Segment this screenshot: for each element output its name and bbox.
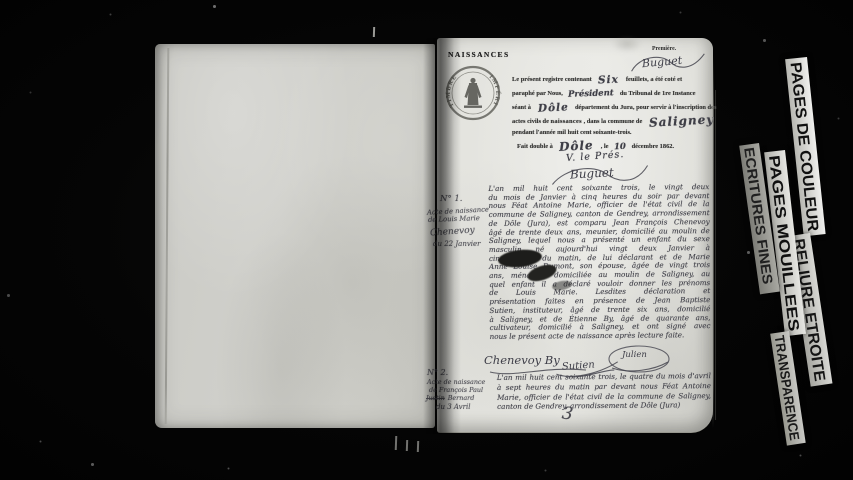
handwritten-fill-feuillets: Six: [598, 73, 619, 86]
svg-text:Buguet: Buguet: [640, 54, 683, 71]
microfilm-register-scan: NAISSANCES Première. TIMBRE IMPÉRIAL Bug…: [0, 0, 853, 480]
page-bottom-edge-mark: [395, 436, 397, 450]
handwritten-fill-judge: Président: [568, 88, 614, 100]
printed-text-naissances: naissances: [551, 118, 582, 125]
act2-margin-name: de François Paul: [429, 386, 483, 394]
strip-label: TRANSPARENCE: [772, 334, 803, 441]
printed-text: Le présent registre contenant: [512, 76, 592, 83]
svg-text:Buguet: Buguet: [569, 165, 615, 181]
svg-text:Julien: Julien: [620, 350, 647, 360]
corrected-name: Bernard: [448, 394, 475, 402]
ink-smudge: [612, 36, 642, 52]
page-bottom-edge-mark: [417, 441, 419, 452]
printed-text: feuillets, a été coté et: [626, 76, 682, 83]
timbre-imperial-stamp: TIMBRE IMPÉRIAL: [444, 64, 502, 122]
page-bottom-edge-mark: [406, 440, 408, 451]
act2-text: L'an mil huit cent soixante trois, le qu…: [497, 371, 711, 412]
page-stack-edge: [715, 90, 716, 420]
act1-margin-date: du 22 Janvier: [433, 240, 481, 248]
form-line-1: Le présent registre contenant Six feuill…: [512, 74, 682, 86]
handwritten-fill-commune: Saligney: [649, 112, 715, 129]
printed-text: décembre 1862.: [632, 143, 674, 150]
printed-text: actes civils de: [512, 118, 549, 125]
section-title: NAISSANCES: [448, 50, 510, 59]
form-line-2: paraphé par Nous, Président du Tribunal …: [512, 89, 695, 99]
act2-margin-type: Acte de naissance: [427, 378, 485, 386]
page-stack-edge: [712, 56, 714, 428]
printed-text: du Tribunal de 1re Instance: [620, 90, 696, 97]
act2-margin-number: N° 2.: [427, 368, 448, 377]
act2-margin-name-corrected: JustinBernard: [426, 394, 474, 402]
printed-text: , le: [601, 143, 609, 150]
printed-text: département du Jura, pour servir à l'ins…: [575, 104, 716, 111]
form-line-5: pendant l'année mil huit cent soixante-t…: [512, 129, 632, 136]
form-line-4: actes civils de naissances , dans la com…: [512, 114, 719, 128]
left-page-blank: [155, 44, 435, 428]
svg-text:Sutien: Sutien: [562, 359, 596, 372]
act1-margin-number: N° 1.: [440, 194, 463, 204]
film-dust-specks: [0, 0, 1, 1]
printed-text: séant à: [512, 104, 531, 111]
strip-label: PAGES DE COULEUR: [787, 61, 822, 232]
condition-strip-transparence: TRANSPARENCE: [770, 331, 805, 446]
printed-text: , dans la commune de: [584, 118, 643, 125]
film-scratch: [373, 27, 375, 37]
handwritten-fill-city: Dôle: [537, 101, 568, 115]
printed-text: paraphé par Nous,: [512, 90, 563, 97]
printed-text: pendant l'année mil huit cent soixante-t…: [512, 129, 632, 136]
struck-name: Justin: [426, 394, 445, 402]
act-text-line: canton de Gendrey, arrondissement de Dôl…: [497, 400, 711, 412]
form-line-3: séant à Dôle département du Jura, pour s…: [512, 102, 716, 114]
printed-text: Fait double à: [517, 143, 553, 150]
stamp-figure: [464, 78, 482, 108]
svg-text:Chenevoy By: Chenevoy By: [484, 353, 560, 367]
act2-margin-date: du 3 Avril: [436, 403, 470, 411]
